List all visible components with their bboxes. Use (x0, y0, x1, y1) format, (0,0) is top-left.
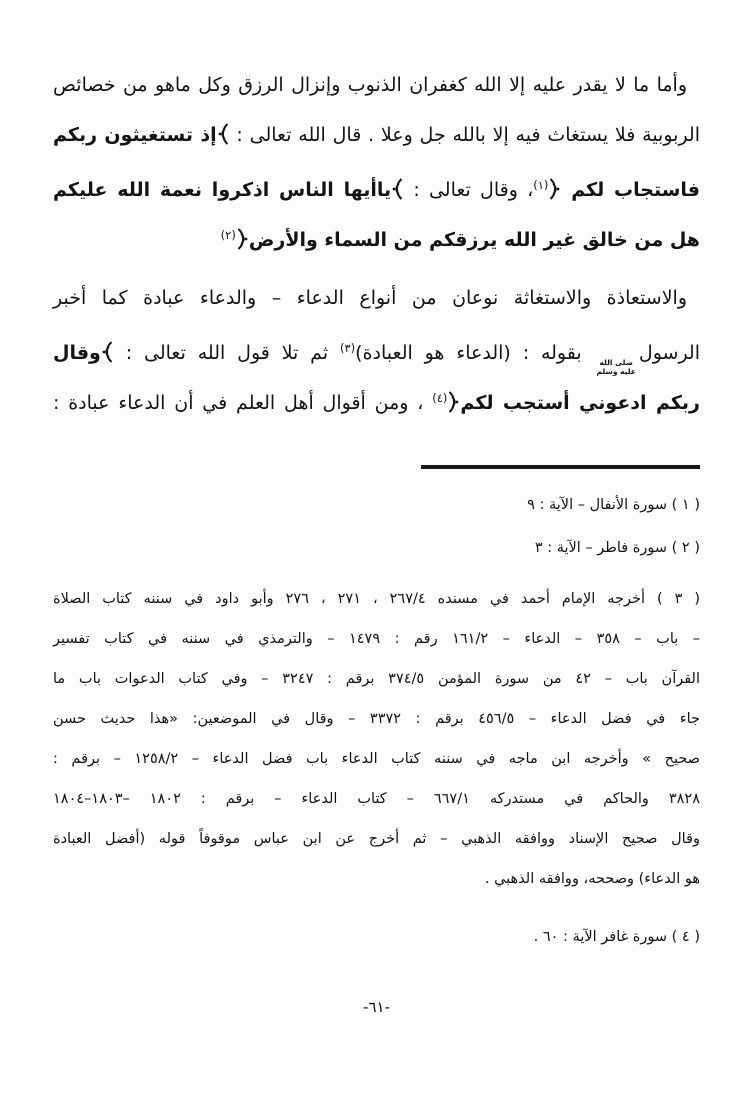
quran-text: إذ تستغيثون ربكم (53, 124, 217, 146)
body-line: ربكم ادعوني أستجب لكم(٤) ، ومن أقوال أهل… (53, 373, 700, 423)
quran-text: ياأيها الناس اذكروا نعمة الله عليكم (53, 179, 391, 201)
body-text: وأما ما لا يقدر عليه إلا الله كغفران الذ… (53, 74, 687, 96)
body-text: الرسول (639, 342, 700, 364)
body-line: فاستجاب لكم (١)، وقال تعالى : ياأيها الن… (53, 160, 700, 210)
quran-text: ربكم ادعوني أستجب لكم (460, 392, 700, 414)
footnote-4: ( ٤ ) سورة غافر الآية : ٦٠ . (53, 926, 700, 948)
footnote-3: ( ٣ ) أخرجه الإمام أحمد في مسنده ٢٦٧/٤ ،… (53, 579, 700, 899)
quran-close-bracket-icon (237, 228, 248, 250)
page-number: -٦١- (0, 998, 753, 1016)
quran-open-bracket-icon (102, 341, 113, 363)
footnote-1: ( ١ ) سورة الأنفال – الآية : ٩ (53, 494, 700, 516)
footnote-2: ( ٢ ) سورة فاطر – الآية : ٣ (53, 537, 700, 559)
footnote-line: هو الدعاء) وصححه، ووافقه الذهبي . (53, 859, 700, 899)
body-line: الربوبية فلا يستغاث فيه إلا بالله جل وعل… (53, 110, 700, 160)
footnote-line: وقال صحيح الإسناد ووافقه الذهبي – ثم أخر… (53, 819, 700, 859)
body-text: ، ومن أقوال أهل العلم في أن الدعاء عبادة… (53, 392, 432, 414)
footnote-ref-3: (٣) (340, 341, 355, 355)
footnote-ref-2: (٢) (221, 228, 236, 242)
quran-text: هل من خالق غير الله يرزقكم من السماء وال… (249, 229, 700, 251)
footnote-line: القرآن باب – ٤٢ من سورة المؤمن ٣٧٤/٥ برق… (53, 659, 700, 699)
footnote-ref-1: (١) (533, 178, 548, 192)
quran-open-bracket-icon (392, 178, 403, 200)
body-paragraph-2: والاستعاذة والاستغاثة نوعان من أنواع الد… (53, 273, 700, 423)
footnote-line: – باب – ٣٥٨ – الدعاء – ١٦١/٢ رقم : ١٤٧٩ … (53, 619, 700, 659)
body-text: ، وقال تعالى : (404, 179, 533, 201)
footnote-line: صحيح » وأخرجه ابن ماجه في سننه كتاب الدع… (53, 739, 700, 779)
body-line: وأما ما لا يقدر عليه إلا الله كغفران الذ… (53, 60, 700, 110)
body-text: والاستعاذة والاستغاثة نوعان من أنواع الد… (53, 287, 687, 309)
body-text: ثم تلا قول الله تعالى : (114, 342, 340, 364)
book-page: وأما ما لا يقدر عليه إلا الله كغفران الذ… (0, 0, 753, 1100)
body-line: الرسولصلى اللهعليه وسلم بقوله : (الدعاء … (53, 323, 700, 373)
quran-close-bracket-icon (549, 178, 560, 200)
quran-text: فاستجاب لكم (561, 179, 700, 201)
page-content: وأما ما لا يقدر عليه إلا الله كغفران الذ… (0, 60, 753, 948)
footnote-line: ٣٨٢٨ والحاكم في مستدركه ٦٦٧/١ – كتاب الد… (53, 779, 700, 819)
footnote-divider (421, 465, 700, 469)
footnote-line: جاء في فضل الدعاء – ٤٥٦/٥ برقم : ٣٣٧٢ – … (53, 699, 700, 739)
body-text: بقوله : (الدعاء هو العبادة) (355, 342, 593, 364)
quran-open-bracket-icon (218, 123, 229, 145)
quran-text: وقال (53, 342, 101, 364)
footnote-ref-4: (٤) (432, 391, 447, 405)
footnotes-section: ( ١ ) سورة الأنفال – الآية : ٩ ( ٢ ) سور… (53, 494, 700, 948)
body-line: هل من خالق غير الله يرزقكم من السماء وال… (53, 210, 700, 260)
quran-close-bracket-icon (448, 391, 459, 413)
body-line: والاستعاذة والاستغاثة نوعان من أنواع الد… (53, 273, 700, 323)
body-paragraph-1: وأما ما لا يقدر عليه إلا الله كغفران الذ… (53, 60, 700, 260)
footnote-line: ( ٣ ) أخرجه الإمام أحمد في مسنده ٢٦٧/٤ ،… (53, 579, 700, 619)
body-text: الربوبية فلا يستغاث فيه إلا بالله جل وعل… (230, 124, 700, 146)
